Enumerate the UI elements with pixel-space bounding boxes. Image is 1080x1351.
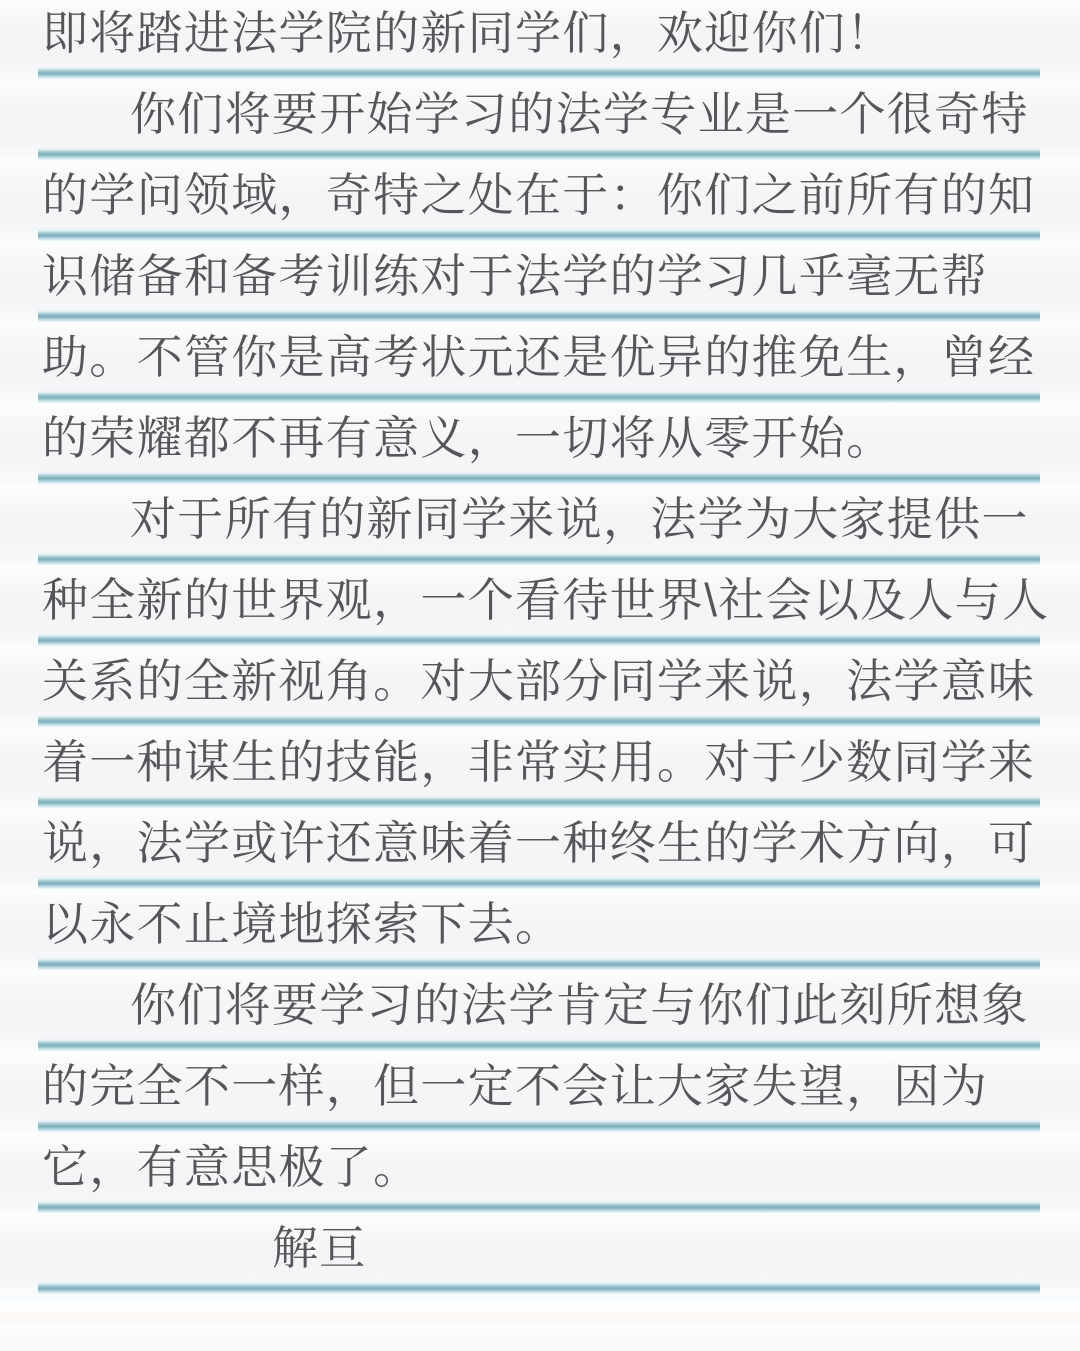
line-text: 你们将要开始学习的法学专业是一个很奇特 bbox=[0, 81, 1080, 147]
text-row: 的学问领域，奇特之处在于：你们之前所有的知 bbox=[0, 162, 1080, 243]
ruled-line bbox=[38, 633, 1040, 648]
text-row: 对于所有的新同学来说，法学为大家提供一 bbox=[0, 486, 1080, 567]
page-bottom-margin bbox=[0, 1296, 1080, 1351]
lined-text-body: 即将踏进法学院的新同学们，欢迎你们！你们将要开始学习的法学专业是一个很奇特的学问… bbox=[0, 0, 1080, 1296]
ruled-line bbox=[38, 552, 1040, 567]
signature-text: 解亘 bbox=[0, 1215, 1080, 1281]
ruled-line bbox=[38, 1200, 1040, 1215]
line-text: 它，有意思极了。 bbox=[0, 1134, 1080, 1200]
text-row: 解亘 bbox=[0, 1215, 1080, 1296]
ruled-line bbox=[38, 1038, 1040, 1053]
line-text: 的荣耀都不再有意义，一切将从零开始。 bbox=[0, 405, 1080, 471]
text-row: 着一种谋生的技能，非常实用。对于少数同学来 bbox=[0, 729, 1080, 810]
ruled-line bbox=[38, 876, 1040, 891]
ruled-line bbox=[38, 1281, 1040, 1296]
text-row: 说，法学或许还意味着一种终生的学术方向，可 bbox=[0, 810, 1080, 891]
ruled-line bbox=[38, 228, 1040, 243]
ruled-line bbox=[38, 957, 1040, 972]
text-row: 以永不止境地探索下去。 bbox=[0, 891, 1080, 972]
line-text: 种全新的世界观，一个看待世界\社会以及人与人 bbox=[0, 567, 1080, 633]
ruled-line bbox=[38, 66, 1040, 81]
text-row: 的荣耀都不再有意义，一切将从零开始。 bbox=[0, 405, 1080, 486]
line-text: 以永不止境地探索下去。 bbox=[0, 891, 1080, 957]
text-row: 你们将要学习的法学肯定与你们此刻所想象 bbox=[0, 972, 1080, 1053]
document-page: 即将踏进法学院的新同学们，欢迎你们！你们将要开始学习的法学专业是一个很奇特的学问… bbox=[0, 0, 1080, 1351]
line-text: 识储备和备考训练对于法学的学习几乎毫无帮 bbox=[0, 243, 1080, 309]
line-text: 对于所有的新同学来说，法学为大家提供一 bbox=[0, 486, 1080, 552]
line-text: 说，法学或许还意味着一种终生的学术方向，可 bbox=[0, 810, 1080, 876]
ruled-line bbox=[38, 390, 1040, 405]
line-text: 即将踏进法学院的新同学们，欢迎你们！ bbox=[0, 0, 1080, 66]
text-row: 种全新的世界观，一个看待世界\社会以及人与人 bbox=[0, 567, 1080, 648]
line-text: 着一种谋生的技能，非常实用。对于少数同学来 bbox=[0, 729, 1080, 795]
text-row: 你们将要开始学习的法学专业是一个很奇特 bbox=[0, 81, 1080, 162]
line-text: 的完全不一样，但一定不会让大家失望，因为 bbox=[0, 1053, 1080, 1119]
line-text: 助。不管你是高考状元还是优异的推免生，曾经 bbox=[0, 324, 1080, 390]
line-text: 关系的全新视角。对大部分同学来说，法学意味 bbox=[0, 648, 1080, 714]
line-text: 你们将要学习的法学肯定与你们此刻所想象 bbox=[0, 972, 1080, 1038]
line-text: 的学问领域，奇特之处在于：你们之前所有的知 bbox=[0, 162, 1080, 228]
ruled-line bbox=[38, 795, 1040, 810]
text-row: 识储备和备考训练对于法学的学习几乎毫无帮 bbox=[0, 243, 1080, 324]
text-row: 助。不管你是高考状元还是优异的推免生，曾经 bbox=[0, 324, 1080, 405]
text-row: 即将踏进法学院的新同学们，欢迎你们！ bbox=[0, 0, 1080, 81]
ruled-line bbox=[38, 714, 1040, 729]
text-row: 的完全不一样，但一定不会让大家失望，因为 bbox=[0, 1053, 1080, 1134]
ruled-line bbox=[38, 147, 1040, 162]
ruled-line bbox=[38, 471, 1040, 486]
text-row: 它，有意思极了。 bbox=[0, 1134, 1080, 1215]
text-row: 关系的全新视角。对大部分同学来说，法学意味 bbox=[0, 648, 1080, 729]
ruled-line bbox=[38, 1119, 1040, 1134]
ruled-line bbox=[38, 309, 1040, 324]
